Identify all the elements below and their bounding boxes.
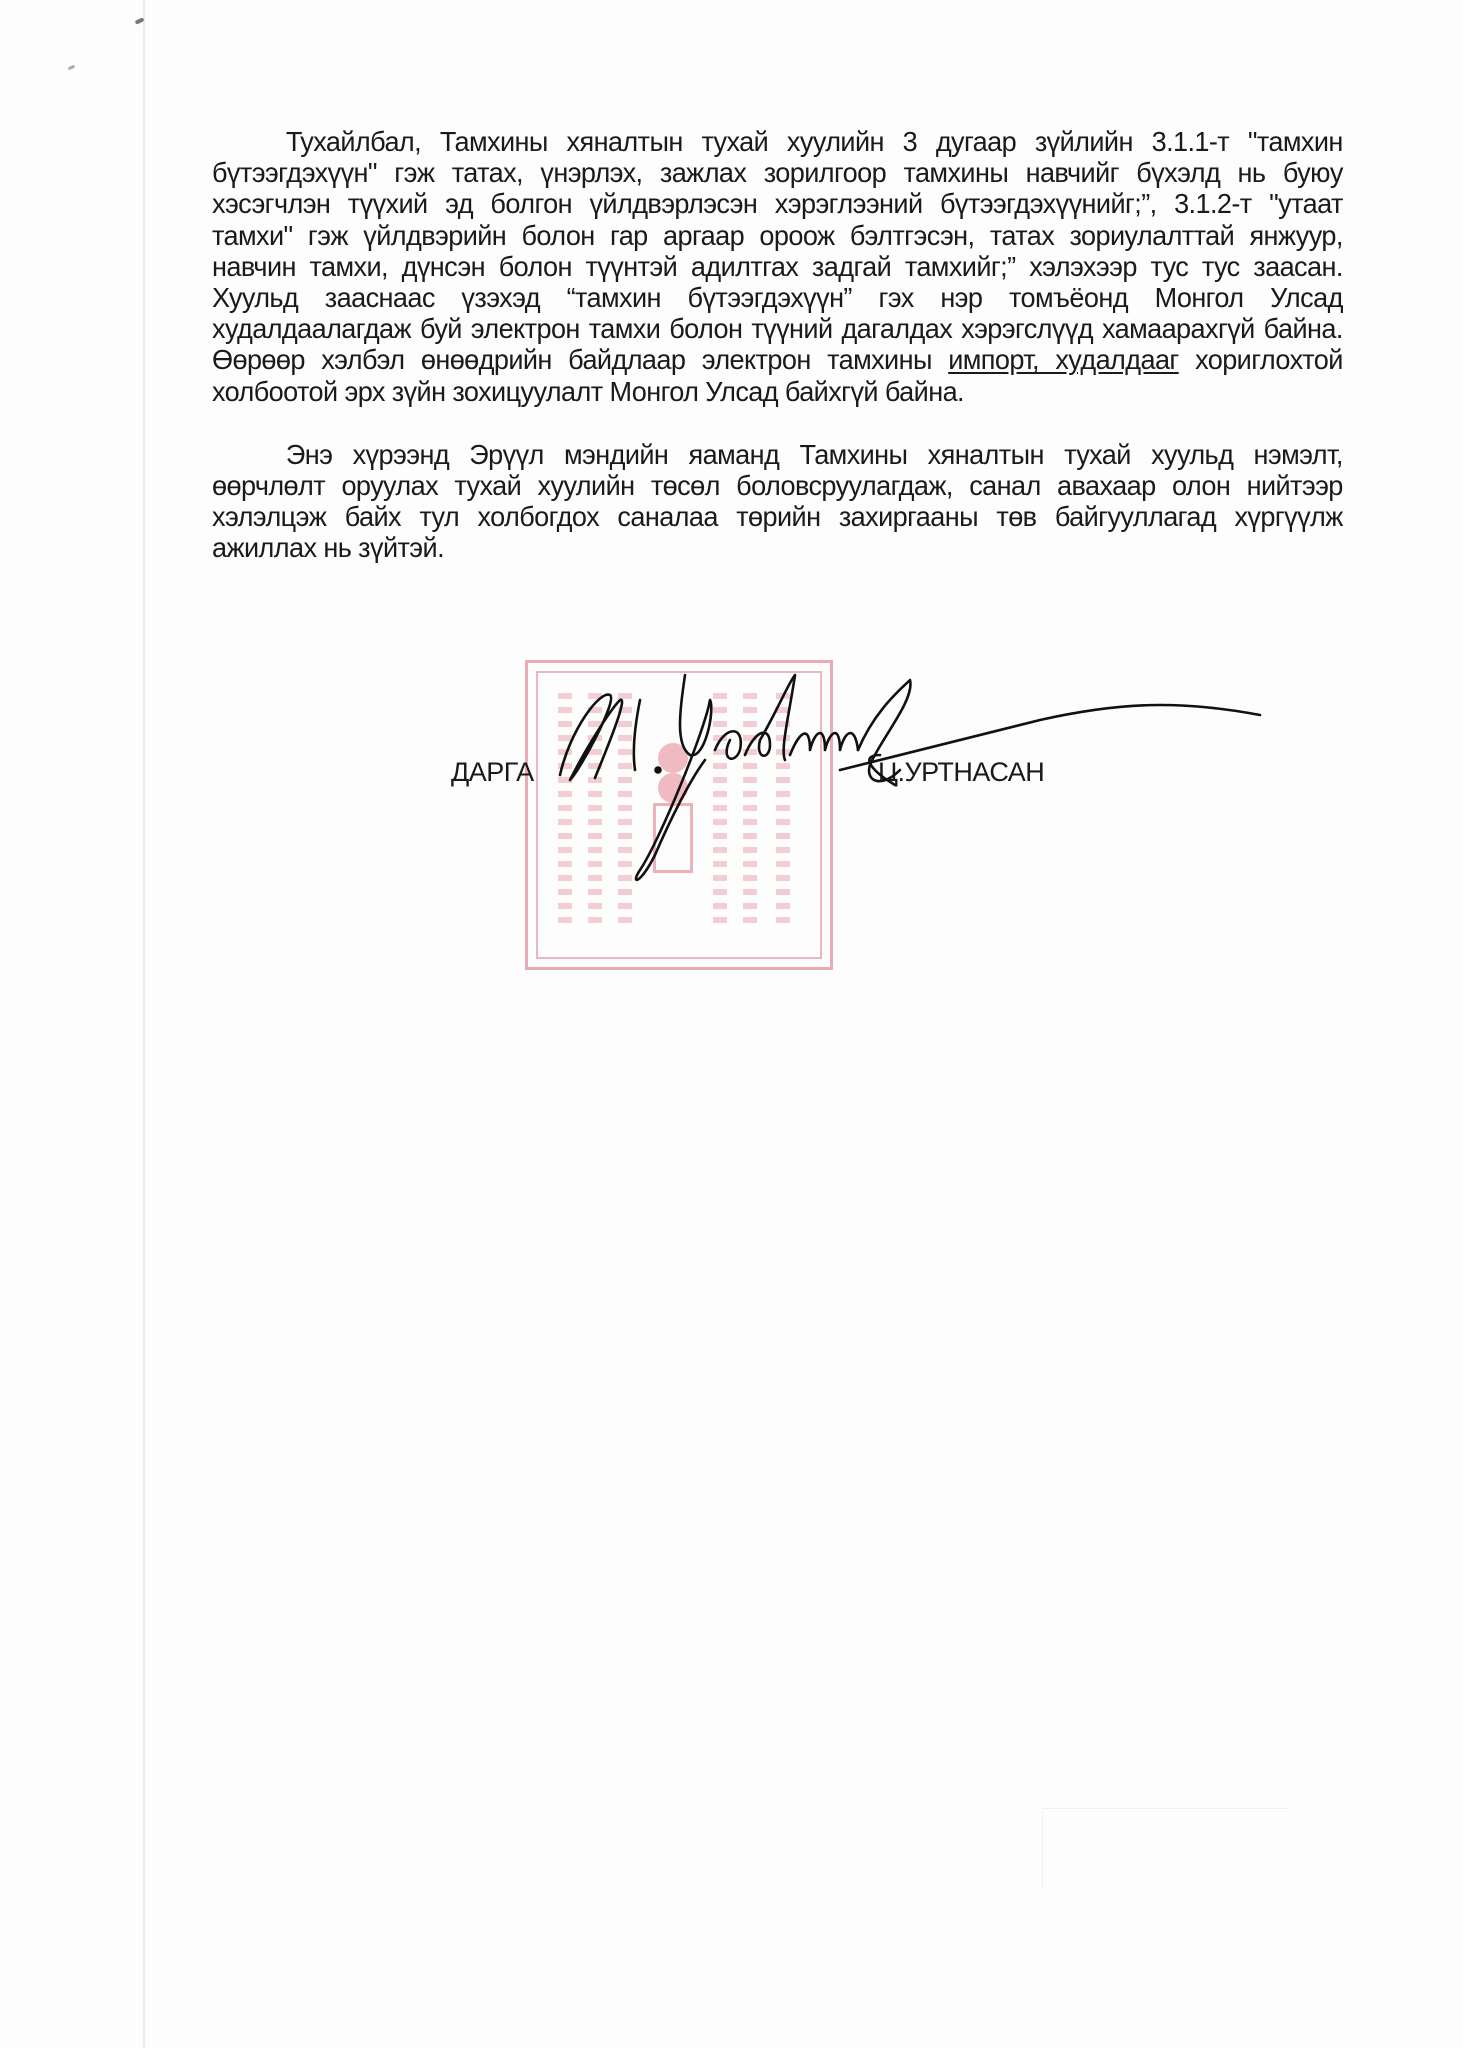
underlined-phrase: импорт, худалдааг xyxy=(948,344,1178,375)
paragraph-2-text: Энэ хүрээнд Эрүүл мэндийн яаманд Тамхины… xyxy=(212,439,1343,564)
handwritten-signature-icon xyxy=(540,670,1280,900)
paragraph-2: Энэ хүрээнд Эрүүл мэндийн яаманд Тамхины… xyxy=(212,439,1343,564)
letter-body: Тухайлбал, Тамхины хяналтын тухай хуулий… xyxy=(212,126,1343,564)
page-scan-edge xyxy=(143,0,145,2048)
paragraph-1: Тухайлбал, Тамхины хяналтын тухай хуулий… xyxy=(212,126,1343,407)
scan-speck xyxy=(68,65,76,71)
paragraph-1-text-a: Тухайлбал, Тамхины хяналтын тухай хуулий… xyxy=(212,126,1343,375)
faint-bleed-through-box xyxy=(1042,1808,1288,1889)
signer-title: ДАРГА xyxy=(451,757,534,788)
